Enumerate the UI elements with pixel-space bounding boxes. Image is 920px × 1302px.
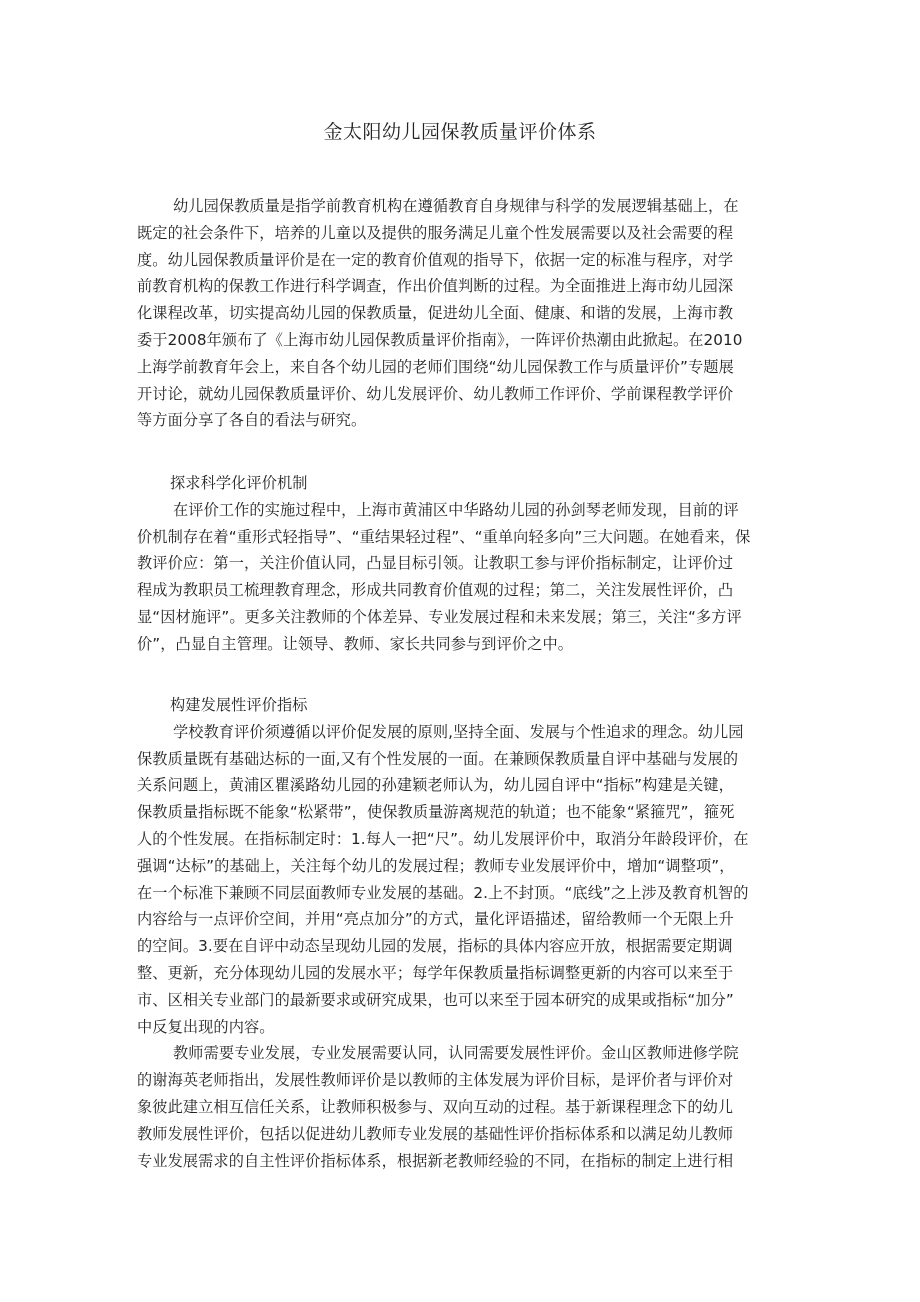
paragraph-line: 保教质量指标既不能象“松紧带”，使保教质量游离规范的轨道；也不能象“紧箍咒”，箍… [137, 799, 797, 826]
paragraph-line: 象彼此建立相互信任关系，让教师积极参与、双向互动的过程。基于新课程理念下的幼儿 [137, 1094, 797, 1121]
paragraph-line: 委于2008年颁布了《上海市幼儿园保教质量评价指南》，一阵评价热潮由此掀起。在2… [137, 327, 797, 354]
paragraph-line: 关系问题上，黄浦区瞿溪路幼儿园的孙建颖老师认为，幼儿园自评中“指标”构建是关键， [137, 772, 797, 799]
paragraph-line: 在评价工作的实施过程中，上海市黄浦区中华路幼儿园的孙剑琴老师发现，目前的评 [137, 497, 797, 524]
paragraph-line: 的谢海英老师指出，发展性教师评价是以教师的主体发展为评价目标，是评价者与评价对 [137, 1067, 797, 1094]
paragraph-line: 的空间。3.要在自评中动态呈现幼儿园的发展，指标的具体内容应开放，根据需要定期调 [137, 933, 797, 960]
paragraph-line: 既定的社会条件下，培养的儿童以及提供的服务满足儿童个性发展需要以及社会需要的程 [137, 220, 797, 247]
document-page: 金太阳幼儿园保教质量评价体系 幼儿园保教质量是指学前教育机构在遵循教育自身规律与… [0, 0, 920, 1302]
document-title: 金太阳幼儿园保教质量评价体系 [0, 117, 920, 144]
paragraph-line: 教评价应：第一，关注价值认同，凸显目标引领。让教职工参与评价指标制定，让评价过 [137, 550, 797, 577]
paragraph-line: 市、区相关专业部门的最新要求或研究成果，也可以来至于园本研究的成果或指标“加分” [137, 987, 797, 1014]
paragraph-line: 度。幼儿园保教质量评价是在一定的教育价值观的指导下，依据一定的标准与程序，对学 [137, 247, 797, 274]
paragraph-line: 开讨论，就幼儿园保教质量评价、幼儿发展评价、幼儿教师工作评价、学前课程教学评价 [137, 381, 797, 408]
paragraph-line: 价机制存在着“重形式轻指导”、“重结果轻过程”、“重单向轻多向”三大问题。在她看… [137, 524, 797, 551]
paragraph-line: 内容给与一点评价空间，并用“亮点加分”的方式，量化评语描述，留给教师一个无限上升 [137, 906, 797, 933]
paragraph-line: 保教质量既有基础达标的一面,又有个性发展的一面。在兼顾保教质量自评中基础与发展的 [137, 746, 797, 773]
section-heading: 构建发展性评价指标 [137, 692, 797, 719]
paragraph-line: 中反复出现的内容。 [137, 1014, 797, 1041]
paragraph-line: 化课程改革，切实提高幼儿园的保教质量，促进幼儿全面、健康、和谐的发展，上海市教 [137, 300, 797, 327]
paragraph-line: 教师发展性评价，包括以促进幼儿教师专业发展的基础性评价指标体系和以满足幼儿教师 [137, 1121, 797, 1148]
paragraph-line: 程成为教职员工梳理教育理念，形成共同教育价值观的过程；第二，关注发展性评价，凸 [137, 577, 797, 604]
section-heading: 探求科学化评价机制 [137, 470, 797, 497]
paragraph-line: 在一个标准下兼顾不同层面教师专业发展的基础。2.上不封顶。“底线”之上涉及教育机… [137, 880, 797, 907]
paragraph-line: 等方面分享了各自的看法与研究。 [137, 407, 797, 434]
paragraph-line: 前教育机构的保教工作进行科学调查，作出价值判断的过程。为全面推进上海市幼儿园深 [137, 273, 797, 300]
paragraph-line: 整、更新，充分体现幼儿园的发展水平；每学年保教质量指标调整更新的内容可以来至于 [137, 960, 797, 987]
paragraph-line: 上海学前教育年会上，来自各个幼儿园的老师们围绕“幼儿园保教工作与质量评价”专题展 [137, 354, 797, 381]
section-1: 探求科学化评价机制 在评价工作的实施过程中，上海市黄浦区中华路幼儿园的孙剑琴老师… [137, 470, 797, 658]
intro-paragraph: 幼儿园保教质量是指学前教育机构在遵循教育自身规律与科学的发展逻辑基础上，在 既定… [137, 193, 797, 434]
paragraph-line: 显“因材施评”。更多关注教师的个体差异、专业发展过程和未来发展；第三，关注“多方… [137, 604, 797, 631]
paragraph-line: 价”，凸显自主管理。让领导、教师、家长共同参与到评价之中。 [137, 631, 797, 658]
paragraph-line: 幼儿园保教质量是指学前教育机构在遵循教育自身规律与科学的发展逻辑基础上，在 [137, 193, 797, 220]
paragraph-line: 教师需要专业发展，专业发展需要认同，认同需要发展性评价。金山区教师进修学院 [137, 1040, 797, 1067]
section-2: 构建发展性评价指标 学校教育评价须遵循以评价促发展的原则,坚持全面、发展与个性追… [137, 692, 797, 1174]
paragraph-line: 学校教育评价须遵循以评价促发展的原则,坚持全面、发展与个性追求的理念。幼儿园 [137, 719, 797, 746]
paragraph-line: 专业发展需求的自主性评价指标体系，根据新老教师经验的不同，在指标的制定上进行相 [137, 1148, 797, 1175]
paragraph-line: 强调“达标”的基础上，关注每个幼儿的发展过程；教师专业发展评价中，增加“调整项”… [137, 853, 797, 880]
paragraph-line: 人的个性发展。在指标制定时：1.每人一把“尺”。幼儿发展评价中，取消分年龄段评价… [137, 826, 797, 853]
